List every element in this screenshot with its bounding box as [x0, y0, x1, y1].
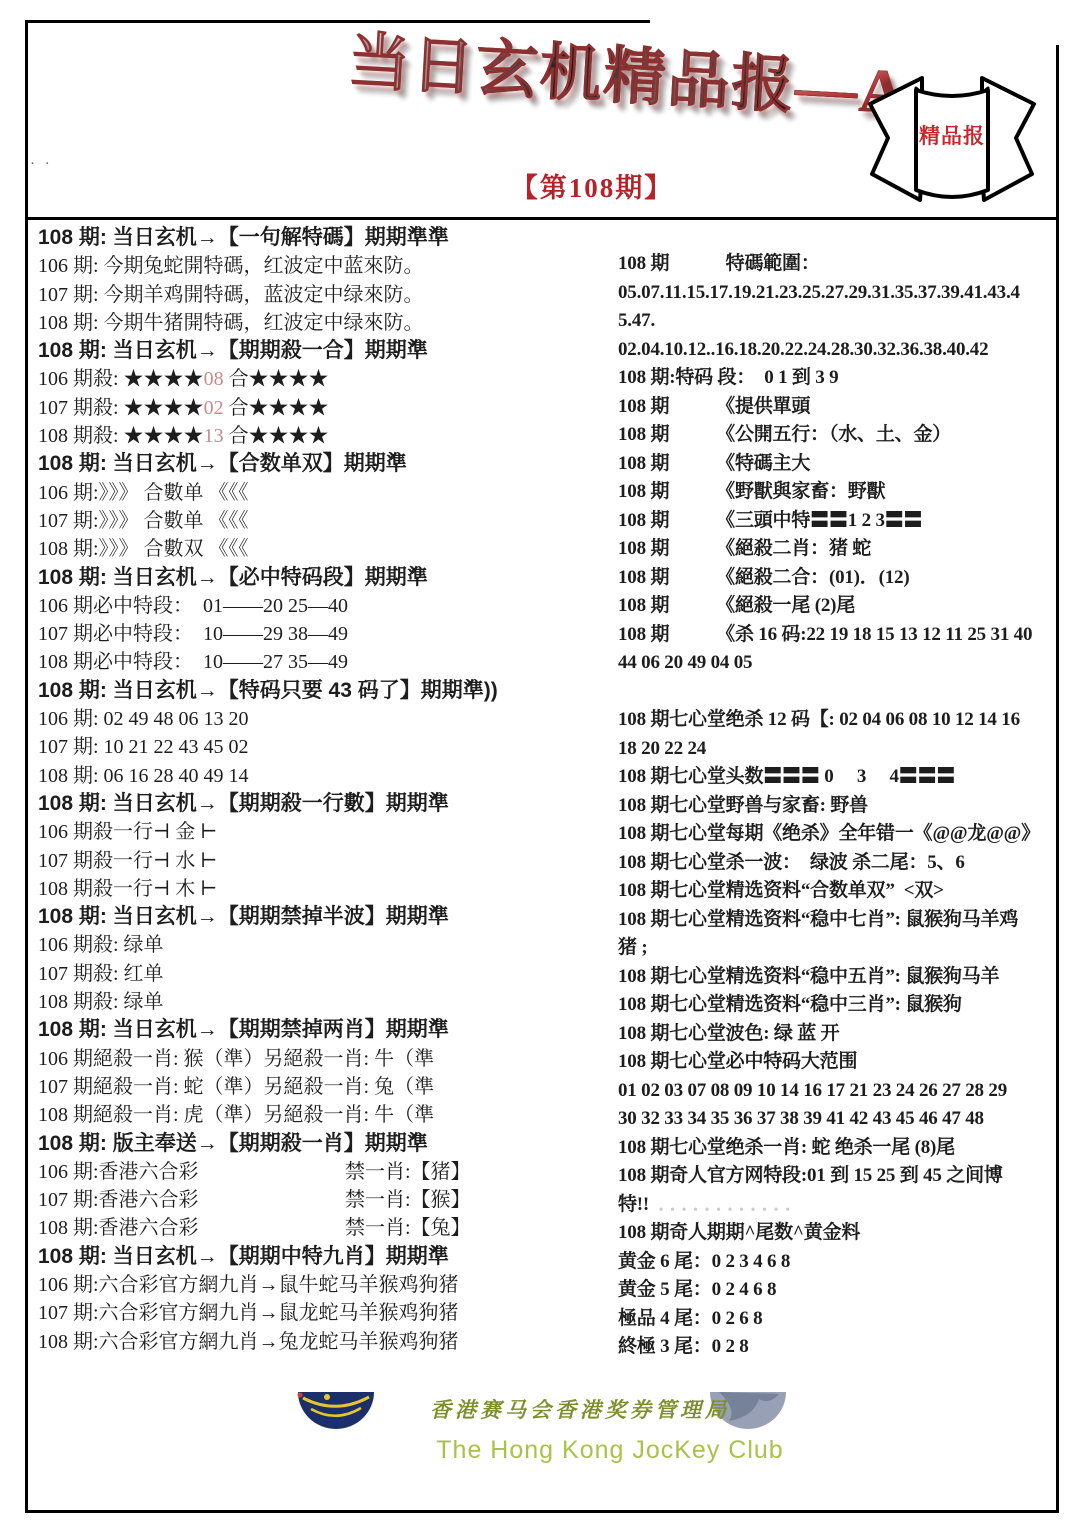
text-line: 106 期:六合彩官方網九肖→鼠牛蛇马羊猴鸡狗猪	[38, 1271, 603, 1299]
text-segment: 106 期: 今期兔蛇開特碼，红波定中蓝來防。	[38, 255, 424, 277]
text-segment: 108 期七心堂精选资料“合数单双” <双>	[618, 880, 944, 901]
text-segment: 108 期 《三頭中特〓〓1 2 3〓〓	[618, 510, 922, 531]
text-line: 108 期七心堂精选资料“稳中七肖”: 鼠猴狗马羊鸡	[618, 906, 1056, 935]
text-line: 5.47.	[618, 307, 1056, 336]
text-line: 108 期 《提供單頭	[618, 393, 1056, 422]
text-segment: 108 期七心堂绝杀 12 码【: 02 04 06 08 10 12 14 1…	[618, 709, 1020, 730]
text-segment: 108 期: 当日玄机→【合数单双】期期準	[38, 452, 407, 475]
right-column: 108 期 特碼範圍：05.07.11.15.17.19.21.23.25.27…	[618, 250, 1056, 1362]
text-segment: 108 期奇人官方网特段:01 到 15 25 到 45 之间博	[618, 1165, 1003, 1186]
text-segment: 108 期七心堂必中特码大范围	[618, 1051, 857, 1072]
text-line: 107 期殺: ★★★★02 合★★★★	[38, 394, 603, 422]
text-segment: 禁一肖:【猴】	[345, 1186, 471, 1214]
text-line: 108 期:六合彩官方網九肖→兔龙蛇马羊猴鸡狗猪	[38, 1328, 603, 1356]
text-segment: 106 期:》》》 合數单 《《《	[38, 482, 249, 504]
text-segment: 108 期 《杀 16 码:22 19 18 15 13 12 11 25 31…	[618, 624, 1032, 645]
text-segment: 107 期:六合彩官方網九肖→鼠龙蛇马羊猴鸡狗猪	[38, 1302, 459, 1324]
text-segment: 108 期七心堂野兽与家畜: 野兽	[618, 795, 868, 816]
text-segment: 禁一肖:【兔】	[345, 1214, 471, 1242]
text-segment: 02.04.10.12..16.18.20.22.24.28.30.32.36.…	[618, 339, 988, 360]
text-segment: 108 期:香港六合彩	[38, 1217, 199, 1239]
text-line: 107 期必中特段： 10——29 38—49	[38, 620, 603, 648]
text-segment: 108 期 特碼範圍：	[618, 253, 820, 274]
border-left	[25, 20, 28, 1512]
text-line: 106 期殺一行⊣ 金 ⊢	[38, 818, 603, 846]
text-line: 108 期奇人期期^尾数^黄金料	[618, 1219, 1056, 1248]
text-line: 108 期: 当日玄机→【特码只要 43 码了】期期準))	[38, 677, 603, 705]
text-line: 107 期殺: 红单	[38, 960, 603, 988]
text-line: 108 期 《絕殺二合：(01)．(12)	[618, 564, 1056, 593]
text-segment: 107 期殺一行⊣ 水 ⊢	[38, 850, 217, 872]
text-segment: 106 期:香港六合彩	[38, 1161, 199, 1183]
text-segment: 108 期殺: 绿单	[38, 991, 164, 1013]
left-column: 108 期: 当日玄机→【一句解特碼】期期準準106 期: 今期兔蛇開特碼，红波…	[38, 224, 603, 1356]
scroll-ribbon-icon: 精品报	[858, 62, 1046, 204]
text-segment: 108 期: 当日玄机→【期期禁掉两肖】期期準	[38, 1018, 449, 1041]
text-line: 106 期必中特段： 01——20 25—40	[38, 592, 603, 620]
text-line: 106 期殺: ★★★★08 合★★★★	[38, 365, 603, 393]
text-line: 108 期必中特段： 10——27 35—49	[38, 648, 603, 676]
text-line: 108 期: 当日玄机→【合数单双】期期準	[38, 450, 603, 478]
text-segment: 106 期殺: 绿单	[38, 934, 164, 956]
text-line: 107 期:香港六合彩禁一肖:【猴】	[38, 1186, 603, 1214]
text-line: 108 期七心堂头数〓〓〓 0 3 4〓〓〓	[618, 763, 1056, 792]
text-line: 108 期七心堂绝杀 12 码【: 02 04 06 08 10 12 14 1…	[618, 706, 1056, 735]
text-line: 108 期七心堂精选资料“稳中三肖”: 鼠猴狗	[618, 991, 1056, 1020]
text-segment: 02	[204, 397, 224, 419]
page-title-main: 当日玄机精品报	[346, 28, 797, 121]
header-divider	[25, 217, 1059, 220]
text-segment: 108 期七心堂精选资料“稳中五肖”: 鼠猴狗马羊	[618, 966, 999, 987]
text-line: 106 期:香港六合彩禁一肖:【猪】	[38, 1158, 603, 1186]
text-line: 終極 3 尾：0 2 8	[618, 1333, 1056, 1362]
text-segment: 108 期: 当日玄机→【期期殺一合】期期準	[38, 339, 428, 362]
text-segment: 106 期: 02 49 48 06 13 20	[38, 708, 249, 730]
text-segment: 極品 4 尾：0 2 6 8	[618, 1308, 762, 1329]
text-line: 107 期殺一行⊣ 水 ⊢	[38, 847, 603, 875]
text-segment: 08	[204, 368, 224, 390]
text-segment: 108 期絕殺一肖: 虎（準）另絕殺一肖: 牛（準	[38, 1104, 434, 1126]
text-segment: 108 期殺一行⊣ 木 ⊢	[38, 878, 217, 900]
text-segment: 107 期必中特段： 10——29 38—49	[38, 623, 348, 645]
text-segment: 108 期 《野獸與家畜：野獸	[618, 481, 885, 502]
text-line: 108 期奇人官方网特段:01 到 15 25 到 45 之间博	[618, 1162, 1056, 1191]
text-line: 107 期絕殺一肖: 蛇（準）另絕殺一肖: 兔（準	[38, 1073, 603, 1101]
text-segment: 108 期: 06 16 28 40 49 14	[38, 765, 249, 787]
text-line: 106 期:》》》 合數单 《《《	[38, 479, 603, 507]
text-line: 108 期:特码 段： 0 1 到 3 9	[618, 364, 1056, 393]
text-segment: 108 期殺: ★★★★	[38, 425, 204, 447]
text-line: 108 期七心堂精选资料“稳中五肖”: 鼠猴狗马羊	[618, 963, 1056, 992]
text-segment: 107 期: 10 21 22 43 45 02	[38, 736, 249, 758]
text-line: 108 期: 当日玄机→【期期殺一行數】期期準	[38, 790, 603, 818]
text-line: 黄金 5 尾：0 2 4 6 8	[618, 1276, 1056, 1305]
text-line: 108 期 《野獸與家畜：野獸	[618, 478, 1056, 507]
text-segment: 猪 ;	[618, 937, 647, 958]
text-segment: 合★★★★	[224, 425, 329, 447]
text-segment: 108 期必中特段： 10——27 35—49	[38, 651, 348, 673]
text-segment: 05.07.11.15.17.19.21.23.25.27.29.31.35.3…	[618, 282, 1020, 303]
text-segment: 01 02 03 07 08 09 10 14 16 17 21 23 24 2…	[618, 1080, 1007, 1101]
text-line: 106 期絕殺一肖: 猴（準）另絕殺一肖: 牛（準	[38, 1045, 603, 1073]
text-segment: 18 20 22 24	[618, 738, 706, 759]
text-line: 108 期: 今期牛猪開特碼，红波定中绿來防。	[38, 309, 603, 337]
text-segment: 108 期:》》》 合數双 《《《	[38, 538, 249, 560]
issue-number-label: 【第108期】	[462, 166, 722, 205]
text-line: 108 期殺: ★★★★13 合★★★★	[38, 422, 603, 450]
text-line: 108 期: 06 16 28 40 49 14	[38, 762, 603, 790]
text-segment: 106 期:六合彩官方網九肖→鼠牛蛇马羊猴鸡狗猪	[38, 1274, 459, 1296]
text-segment: 108 期:特码 段： 0 1 到 3 9	[618, 367, 838, 388]
text-segment: 13	[204, 425, 224, 447]
text-line: 108 期七心堂野兽与家畜: 野兽	[618, 792, 1056, 821]
text-line	[618, 678, 1056, 707]
text-line: 108 期: 版主奉送→【期期殺一肖】期期準	[38, 1130, 603, 1158]
text-line: 108 期 《特碼主大	[618, 450, 1056, 479]
text-line: 108 期:香港六合彩禁一肖:【兔】	[38, 1214, 603, 1242]
border-right	[1056, 45, 1059, 1512]
text-segment: 108 期: 当日玄机→【一句解特碼】期期準準	[38, 226, 449, 249]
text-line: 特!! ．．．．．．．．．．．．	[618, 1191, 1056, 1220]
text-segment: 終極 3 尾：0 2 8	[618, 1336, 749, 1357]
text-line: 108 期殺一行⊣ 木 ⊢	[38, 875, 603, 903]
text-line: 108 期 《三頭中特〓〓1 2 3〓〓	[618, 507, 1056, 536]
text-segment: 黄金 6 尾：0 2 3 4 6 8	[618, 1251, 790, 1272]
text-segment: 5.47.	[618, 310, 655, 331]
text-line: 108 期 《絕殺一尾 (2)尾	[618, 592, 1056, 621]
text-line: 黄金 6 尾：0 2 3 4 6 8	[618, 1248, 1056, 1277]
text-segment: 108 期: 当日玄机→【期期禁掉半波】期期準	[38, 905, 449, 928]
text-segment: 108 期 《特碼主大	[618, 453, 810, 474]
text-segment: 107 期殺: 红单	[38, 963, 164, 985]
text-segment: 特!!	[618, 1194, 658, 1215]
text-segment: 108 期七心堂杀一波： 绿波 杀二尾：5、6	[618, 852, 965, 873]
text-line: 108 期 《公開五行：（水、土、金）	[618, 421, 1056, 450]
text-segment: 108 期七心堂精选资料“稳中七肖”: 鼠猴狗马羊鸡	[618, 909, 1018, 930]
text-line: 108 期七心堂必中特码大范围	[618, 1048, 1056, 1077]
text-segment: 108 期: 当日玄机→【期期中特九肖】期期準	[38, 1245, 449, 1268]
text-segment: 108 期 《公開五行：（水、土、金）	[618, 424, 951, 445]
text-segment: 108 期: 当日玄机→【特码只要 43 码了】期期準))	[38, 679, 498, 702]
text-segment: 108 期七心堂精选资料“稳中三肖”: 鼠猴狗	[618, 994, 962, 1015]
text-segment: 108 期 《提供單頭	[618, 396, 810, 417]
text-line: 44 06 20 49 04 05	[618, 649, 1056, 678]
footer-organization-en: The Hong Kong JocKey Club	[340, 1436, 880, 1465]
text-line: 108 期七心堂精选资料“合数单双” <双>	[618, 877, 1056, 906]
text-line: 108 期: 当日玄机→【期期中特九肖】期期準	[38, 1243, 603, 1271]
text-line: 01 02 03 07 08 09 10 14 16 17 21 23 24 2…	[618, 1077, 1056, 1106]
text-segment: 108 期:六合彩官方網九肖→兔龙蛇马羊猴鸡狗猪	[38, 1331, 459, 1353]
text-line: 108 期七心堂每期《绝杀》全年错一《@@龙@@》	[618, 820, 1056, 849]
page-title: 当日玄机精品报—A	[346, 11, 890, 130]
text-line: 108 期絕殺一肖: 虎（準）另絕殺一肖: 牛（準	[38, 1101, 603, 1129]
text-line: 108 期 《絕殺二肖：猪 蛇	[618, 535, 1056, 564]
text-segment: 合★★★★	[224, 368, 329, 390]
text-line: 30 32 33 34 35 36 37 38 39 41 42 43 45 4…	[618, 1105, 1056, 1134]
text-segment: 107 期絕殺一肖: 蛇（準）另絕殺一肖: 兔（準	[38, 1076, 434, 1098]
text-line: 108 期: 当日玄机→【期期禁掉半波】期期準	[38, 903, 603, 931]
text-line: 108 期: 当日玄机→【一句解特碼】期期準準	[38, 224, 603, 252]
text-line: 108 期: 当日玄机→【必中特码段】期期準	[38, 564, 603, 592]
corner-marks: · ·	[30, 156, 53, 173]
text-segment: 禁一肖:【猪】	[345, 1158, 471, 1186]
text-line: 108 期 特碼範圍：	[618, 250, 1056, 279]
text-segment: 108 期: 当日玄机→【期期殺一行數】期期準	[38, 792, 449, 815]
ribbon-label: 精品报	[858, 120, 1046, 150]
text-segment: 30 32 33 34 35 36 37 38 39 41 42 43 45 4…	[618, 1108, 984, 1129]
text-segment: 107 期:》》》 合數单 《《《	[38, 510, 249, 532]
text-line: 108 期 《杀 16 码:22 19 18 15 13 12 11 25 31…	[618, 621, 1056, 650]
text-segment: 108 期七心堂波色: 绿 蓝 开	[618, 1023, 839, 1044]
text-line: 107 期: 今期羊鸡開特碼，蓝波定中绿來防。	[38, 281, 603, 309]
text-line: 108 期: 当日玄机→【期期殺一合】期期準	[38, 337, 603, 365]
text-line: 108 期:》》》 合數双 《《《	[38, 535, 603, 563]
text-segment: ．．．．．．．．．．．．	[658, 1194, 806, 1215]
text-segment: 黄金 5 尾：0 2 4 6 8	[618, 1279, 776, 1300]
text-segment: 108 期奇人期期^尾数^黄金料	[618, 1222, 860, 1243]
text-segment: 108 期七心堂头数〓〓〓 0 3 4〓〓〓	[618, 766, 955, 787]
text-line: 107 期: 10 21 22 43 45 02	[38, 733, 603, 761]
text-segment: 107 期: 今期羊鸡開特碼，蓝波定中绿來防。	[38, 284, 424, 306]
footer-organization-cn: 香港赛马会香港奖券管理局	[430, 1394, 730, 1424]
text-line: 極品 4 尾：0 2 6 8	[618, 1305, 1056, 1334]
text-segment: 107 期殺: ★★★★	[38, 397, 204, 419]
text-segment: 108 期七心堂每期《绝杀》全年错一《@@龙@@》	[618, 823, 1040, 844]
text-segment: 108 期 《絕殺二肖：猪 蛇	[618, 538, 871, 559]
text-line: 猪 ;	[618, 934, 1056, 963]
text-line: 02.04.10.12..16.18.20.22.24.28.30.32.36.…	[618, 336, 1056, 365]
text-segment: 108 期: 今期牛猪開特碼，红波定中绿來防。	[38, 312, 424, 334]
text-segment: 108 期七心堂绝杀一肖: 蛇 绝杀一尾 (8)尾	[618, 1137, 955, 1158]
border-bottom	[25, 1510, 1059, 1513]
text-line: 05.07.11.15.17.19.21.23.25.27.29.31.35.3…	[618, 279, 1056, 308]
text-line: 18 20 22 24	[618, 735, 1056, 764]
text-line: 106 期: 02 49 48 06 13 20	[38, 705, 603, 733]
text-segment: 108 期 《絕殺一尾 (2)尾	[618, 595, 855, 616]
text-segment: 108 期: 当日玄机→【必中特码段】期期準	[38, 566, 428, 589]
text-segment: 107 期:香港六合彩	[38, 1189, 199, 1211]
text-segment: 106 期絕殺一肖: 猴（準）另絕殺一肖: 牛（準	[38, 1048, 434, 1070]
text-segment: 108 期 《絕殺二合：(01)．(12)	[618, 567, 909, 588]
text-line: 107 期:》》》 合數单 《《《	[38, 507, 603, 535]
text-line: 108 期: 当日玄机→【期期禁掉两肖】期期準	[38, 1016, 603, 1044]
text-line: 107 期:六合彩官方網九肖→鼠龙蛇马羊猴鸡狗猪	[38, 1299, 603, 1327]
text-segment: 108 期: 版主奉送→【期期殺一肖】期期準	[38, 1132, 428, 1155]
text-line: 106 期: 今期兔蛇開特碼，红波定中蓝來防。	[38, 252, 603, 280]
text-line: 108 期七心堂杀一波： 绿波 杀二尾：5、6	[618, 849, 1056, 878]
text-line: 108 期殺: 绿单	[38, 988, 603, 1016]
text-segment: 106 期殺: ★★★★	[38, 368, 204, 390]
text-line: 106 期殺: 绿单	[38, 931, 603, 959]
text-line: 108 期七心堂波色: 绿 蓝 开	[618, 1020, 1056, 1049]
text-line: 108 期七心堂绝杀一肖: 蛇 绝杀一尾 (8)尾	[618, 1134, 1056, 1163]
text-segment: 44 06 20 49 04 05	[618, 652, 752, 673]
text-segment: 106 期殺一行⊣ 金 ⊢	[38, 821, 217, 843]
text-segment: 合★★★★	[224, 397, 329, 419]
jockey-club-globe-icon	[297, 1391, 375, 1434]
text-segment: 106 期必中特段： 01——20 25—40	[38, 595, 348, 617]
